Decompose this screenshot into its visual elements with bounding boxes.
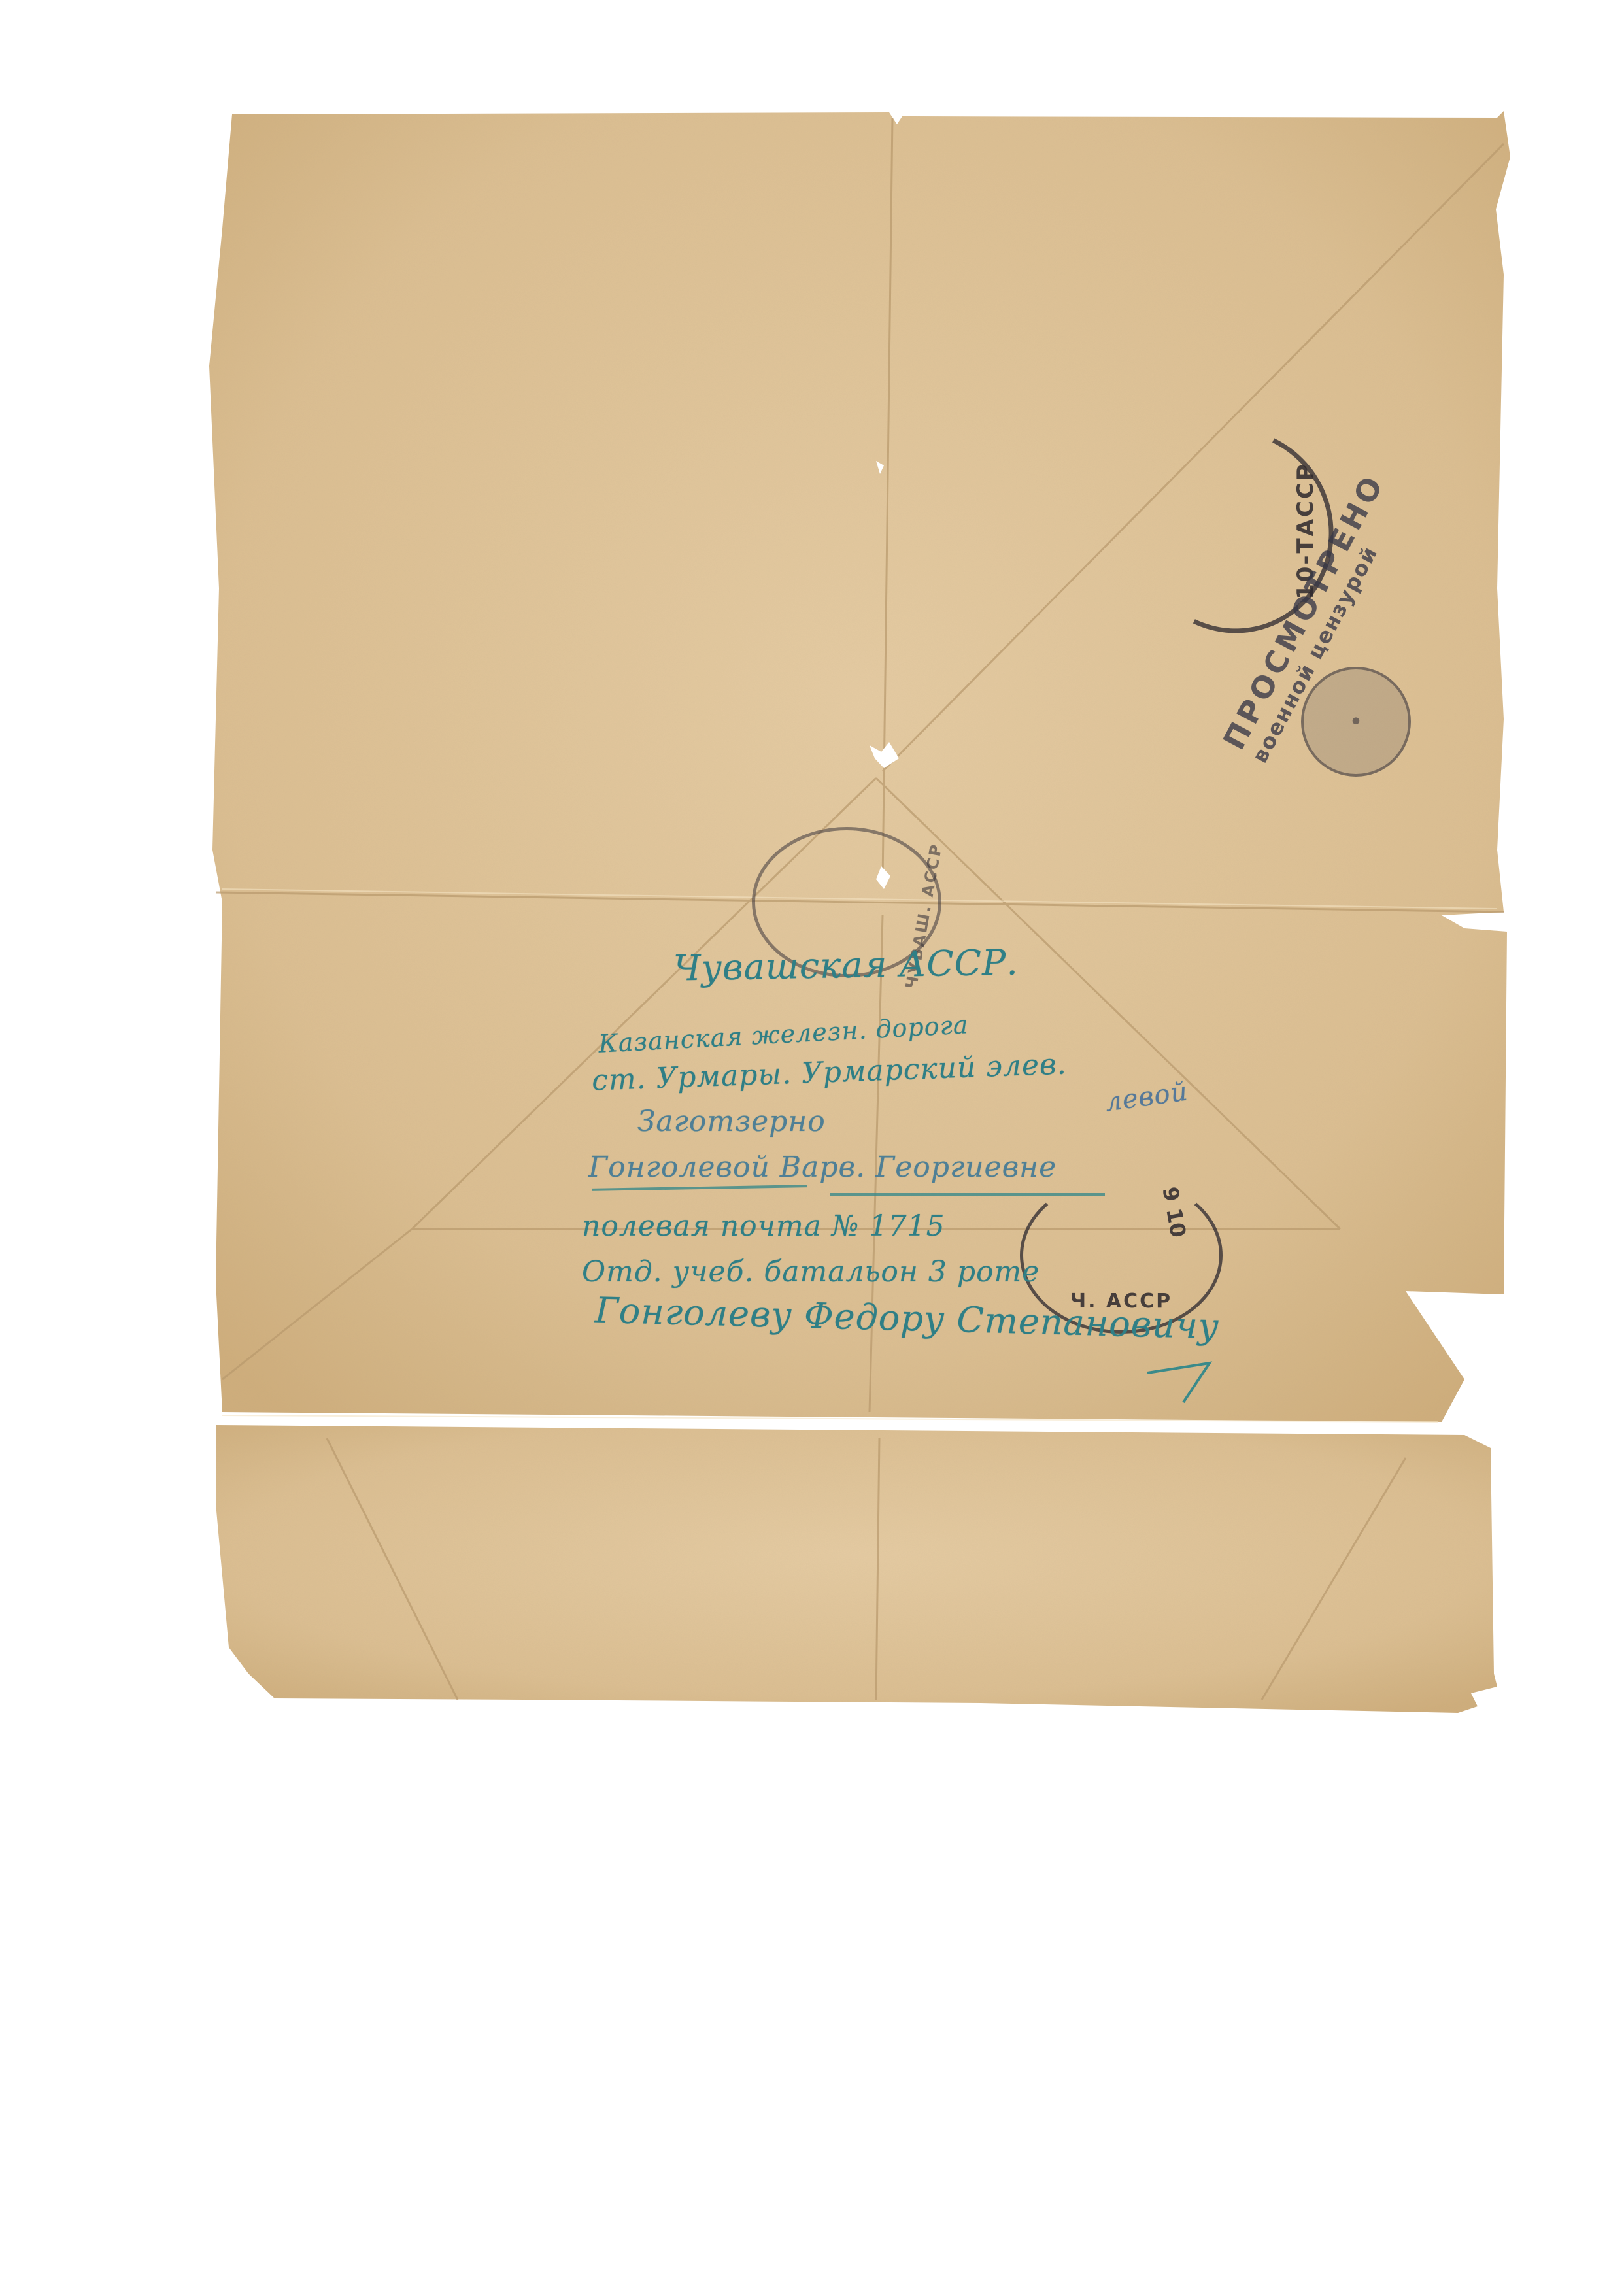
postmark-small-round: • <box>1301 667 1411 777</box>
sender-line-org: Заготзерно <box>637 1105 826 1138</box>
recipient-line-fieldpost: полевая почта № 1715 <box>582 1209 945 1243</box>
underline-flourish <box>1144 1347 1223 1406</box>
sender-line-name: Гонголевой Варв. Георгиевне <box>588 1151 1057 1184</box>
sender-underline-2 <box>830 1193 1105 1196</box>
paper-sheet <box>0 0 1624 2294</box>
scanned-letter: 10-ТАССР • ЧУВАШ. АССР Ч. АССР 9 10 ПРОС… <box>0 0 1624 2294</box>
sender-line-region: Чувашская АССР. <box>673 941 1019 988</box>
recipient-line-unit: Отд. учеб. батальон 3 роте <box>582 1255 1040 1289</box>
